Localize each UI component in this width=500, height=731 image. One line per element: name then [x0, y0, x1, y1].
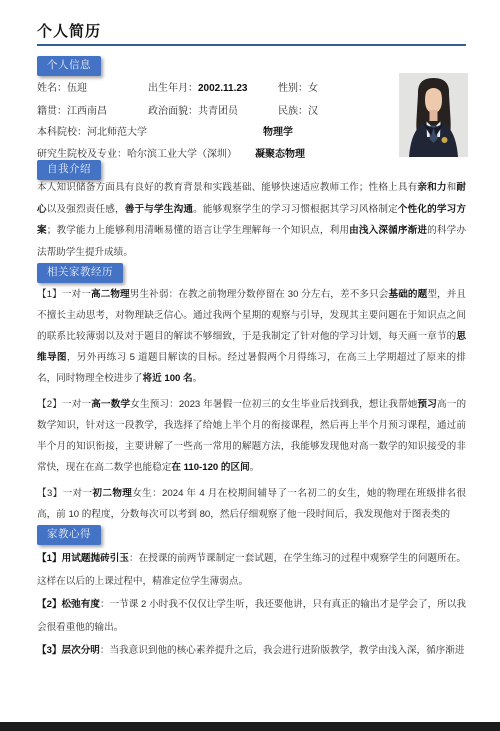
origin-field: 籍贯：江西南昌	[37, 102, 107, 117]
resume-page: 个人简历 个人信息 姓名：伍迎 出生年月：2002.11.23 性别：女 籍贯：…	[0, 0, 500, 731]
gender-field: 性别：女	[278, 79, 318, 94]
grad-value: 哈尔滨工业大学（深圳）	[127, 149, 237, 160]
political-label: 政治面貌：	[148, 106, 198, 117]
undergrad-label: 本科院校：	[37, 127, 87, 138]
undergrad-major: 物理学	[263, 123, 293, 138]
name-value: 伍迎	[67, 83, 87, 94]
title-underline	[37, 44, 466, 46]
section-badge-personal-info: 个人信息	[37, 56, 101, 76]
political-field: 政治面貌：共青团员	[148, 102, 238, 117]
page-title: 个人简历	[37, 20, 101, 41]
insight-item-2: 【2】松弛有度：一节课 2 小时我不仅仅让学生听，我还要他讲，只有真正的输出才是…	[37, 594, 466, 639]
origin-label: 籍贯：	[37, 106, 67, 117]
ethnicity-field: 民族：汉	[278, 102, 318, 117]
id-photo-illustration	[399, 73, 468, 157]
section-badge-insights: 家教心得	[37, 525, 101, 545]
self-intro-paragraph: 本人知识储备方面具有良好的教育背景和实践基础、能够快速适应教师工作；性格上具有亲…	[37, 177, 466, 263]
grad-field: 研究生院校及专业：哈尔滨工业大学（深圳）	[37, 145, 237, 160]
insight-item-3: 【3】层次分明：当我意识到他的核心素养提升之后，我会进行进阶版教学，教学由浅入深…	[37, 640, 466, 663]
experience-item-3: 【3】一对一初二物理女生：2024 年 4 月在校期间辅导了一名初二的女生，她的…	[37, 483, 466, 525]
origin-value: 江西南昌	[67, 106, 107, 117]
gender-label: 性别：	[278, 83, 308, 94]
grad-major: 凝聚态物理	[255, 145, 305, 160]
birth-label: 出生年月：	[148, 83, 198, 94]
grad-label: 研究生院校及专业：	[37, 149, 127, 160]
insight-item-1: 【1】用试题抛砖引玉：在授课的前两节课制定一套试题，在学生练习的过程中观察学生的…	[37, 548, 466, 593]
political-value: 共青团员	[198, 106, 238, 117]
experience-list: 【1】一对一高二物理男生补弱：在教之前物理分数停留在 30 分左右，差不多只会基…	[37, 284, 466, 530]
id-photo	[399, 73, 468, 157]
name-label: 姓名：	[37, 83, 67, 94]
gender-value: 女	[308, 83, 318, 94]
section-badge-experience: 相关家教经历	[37, 263, 123, 283]
experience-item-2: 【2】一对一高一数学女生预习：2023 年暑假一位初三的女生毕业后找到我，想让我…	[37, 394, 466, 478]
birth-field: 出生年月：2002.11.23	[148, 79, 248, 94]
experience-item-1: 【1】一对一高二物理男生补弱：在教之前物理分数停留在 30 分左右，差不多只会基…	[37, 284, 466, 389]
insights-list: 【1】用试题抛砖引玉：在授课的前两节课制定一套试题，在学生练习的过程中观察学生的…	[37, 548, 466, 664]
name-field: 姓名：伍迎	[37, 79, 87, 94]
undergrad-field: 本科院校：河北师范大学	[37, 123, 147, 138]
ethnicity-value: 汉	[308, 106, 318, 117]
undergrad-value: 河北师范大学	[87, 127, 147, 138]
ethnicity-label: 民族：	[278, 106, 308, 117]
birth-value: 2002.11.23	[198, 83, 248, 94]
bottom-bar	[0, 722, 500, 731]
